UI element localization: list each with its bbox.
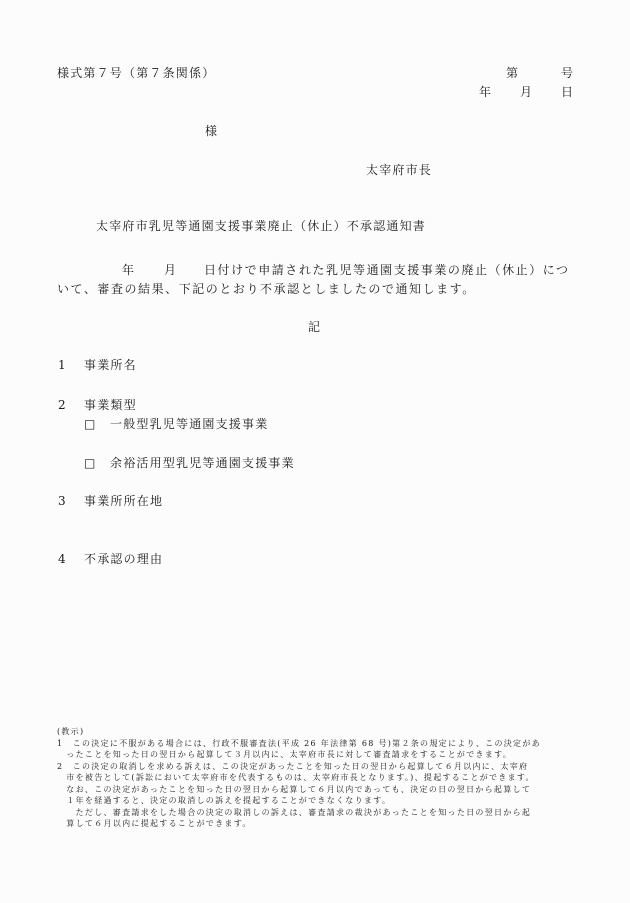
- item-4-number: 4: [58, 552, 67, 566]
- notice-heading: (教示): [57, 726, 84, 738]
- doc-number-suffix: 号: [561, 66, 574, 80]
- doc-number-prefix: 第: [506, 66, 519, 80]
- item-2-label: 事業類型: [84, 398, 137, 412]
- notice-line: 市を被告として(訴訟において太宰府市を代表するものは、太宰府市長となります。)、…: [57, 772, 535, 784]
- form-number: 様式第７号（第７条関係）: [57, 66, 215, 80]
- body-line2: いて、審査の結果、下記のとおり不承認としましたので通知します。: [57, 282, 476, 296]
- item-3-number: 3: [58, 494, 67, 508]
- item-1-number: 1: [58, 358, 67, 372]
- notice-line: 算して６月以内に提起することができます。: [57, 818, 252, 830]
- body-year: 年: [122, 263, 135, 277]
- body-line1: 日付けで申請された乳児等通園支援事業の廃止（休止）につ: [204, 263, 570, 277]
- notice-line: ただし、審査請求をした場合の決定の取消しの訴えは、審査請求の裁決があったことを知…: [57, 807, 531, 819]
- notice-line: 2 この決定の取消しを求める訴えは、この決定があったことを知った日の翌日から起算…: [57, 761, 528, 773]
- date-month: 月: [520, 85, 533, 99]
- notice-line: １年を経過すると、決定の取消しの訴えを提起することができなくなります。: [57, 795, 391, 807]
- document-title: 太宰府市乳児等通園支援事業廃止（休止）不承認通知書: [96, 219, 426, 233]
- addressee-honorific: 様: [205, 124, 218, 138]
- checkbox-general-type[interactable]: □: [84, 417, 97, 431]
- option-surplus-type-label: 余裕活用型乳児等通園支援事業: [110, 456, 295, 470]
- notice-line: ったことを知った日の翌日から起算して３月以内に、太宰府市長に対して審査請求をする…: [57, 749, 512, 761]
- checkbox-surplus-type[interactable]: □: [84, 456, 97, 470]
- item-3-label: 事業所所在地: [84, 494, 163, 508]
- item-4-label: 不承認の理由: [84, 552, 163, 566]
- item-1-label: 事業所名: [84, 358, 137, 372]
- option-general-type-label: 一般型乳児等通園支援事業: [110, 417, 268, 431]
- item-2-number: 2: [58, 398, 67, 412]
- date-year: 年: [479, 85, 492, 99]
- notice-line: なお、この決定があったことを知った日の翌日から起算して６月以内であっても、決定の…: [57, 784, 531, 796]
- ki-heading: 記: [308, 320, 321, 334]
- body-month: 月: [164, 263, 177, 277]
- date-day: 日: [561, 85, 574, 99]
- notice-line: 1 この決定に不服がある場合には、行政不服審査法(平成 26 年法律第 68 号…: [57, 738, 541, 750]
- sender-name: 太宰府市長: [366, 163, 432, 177]
